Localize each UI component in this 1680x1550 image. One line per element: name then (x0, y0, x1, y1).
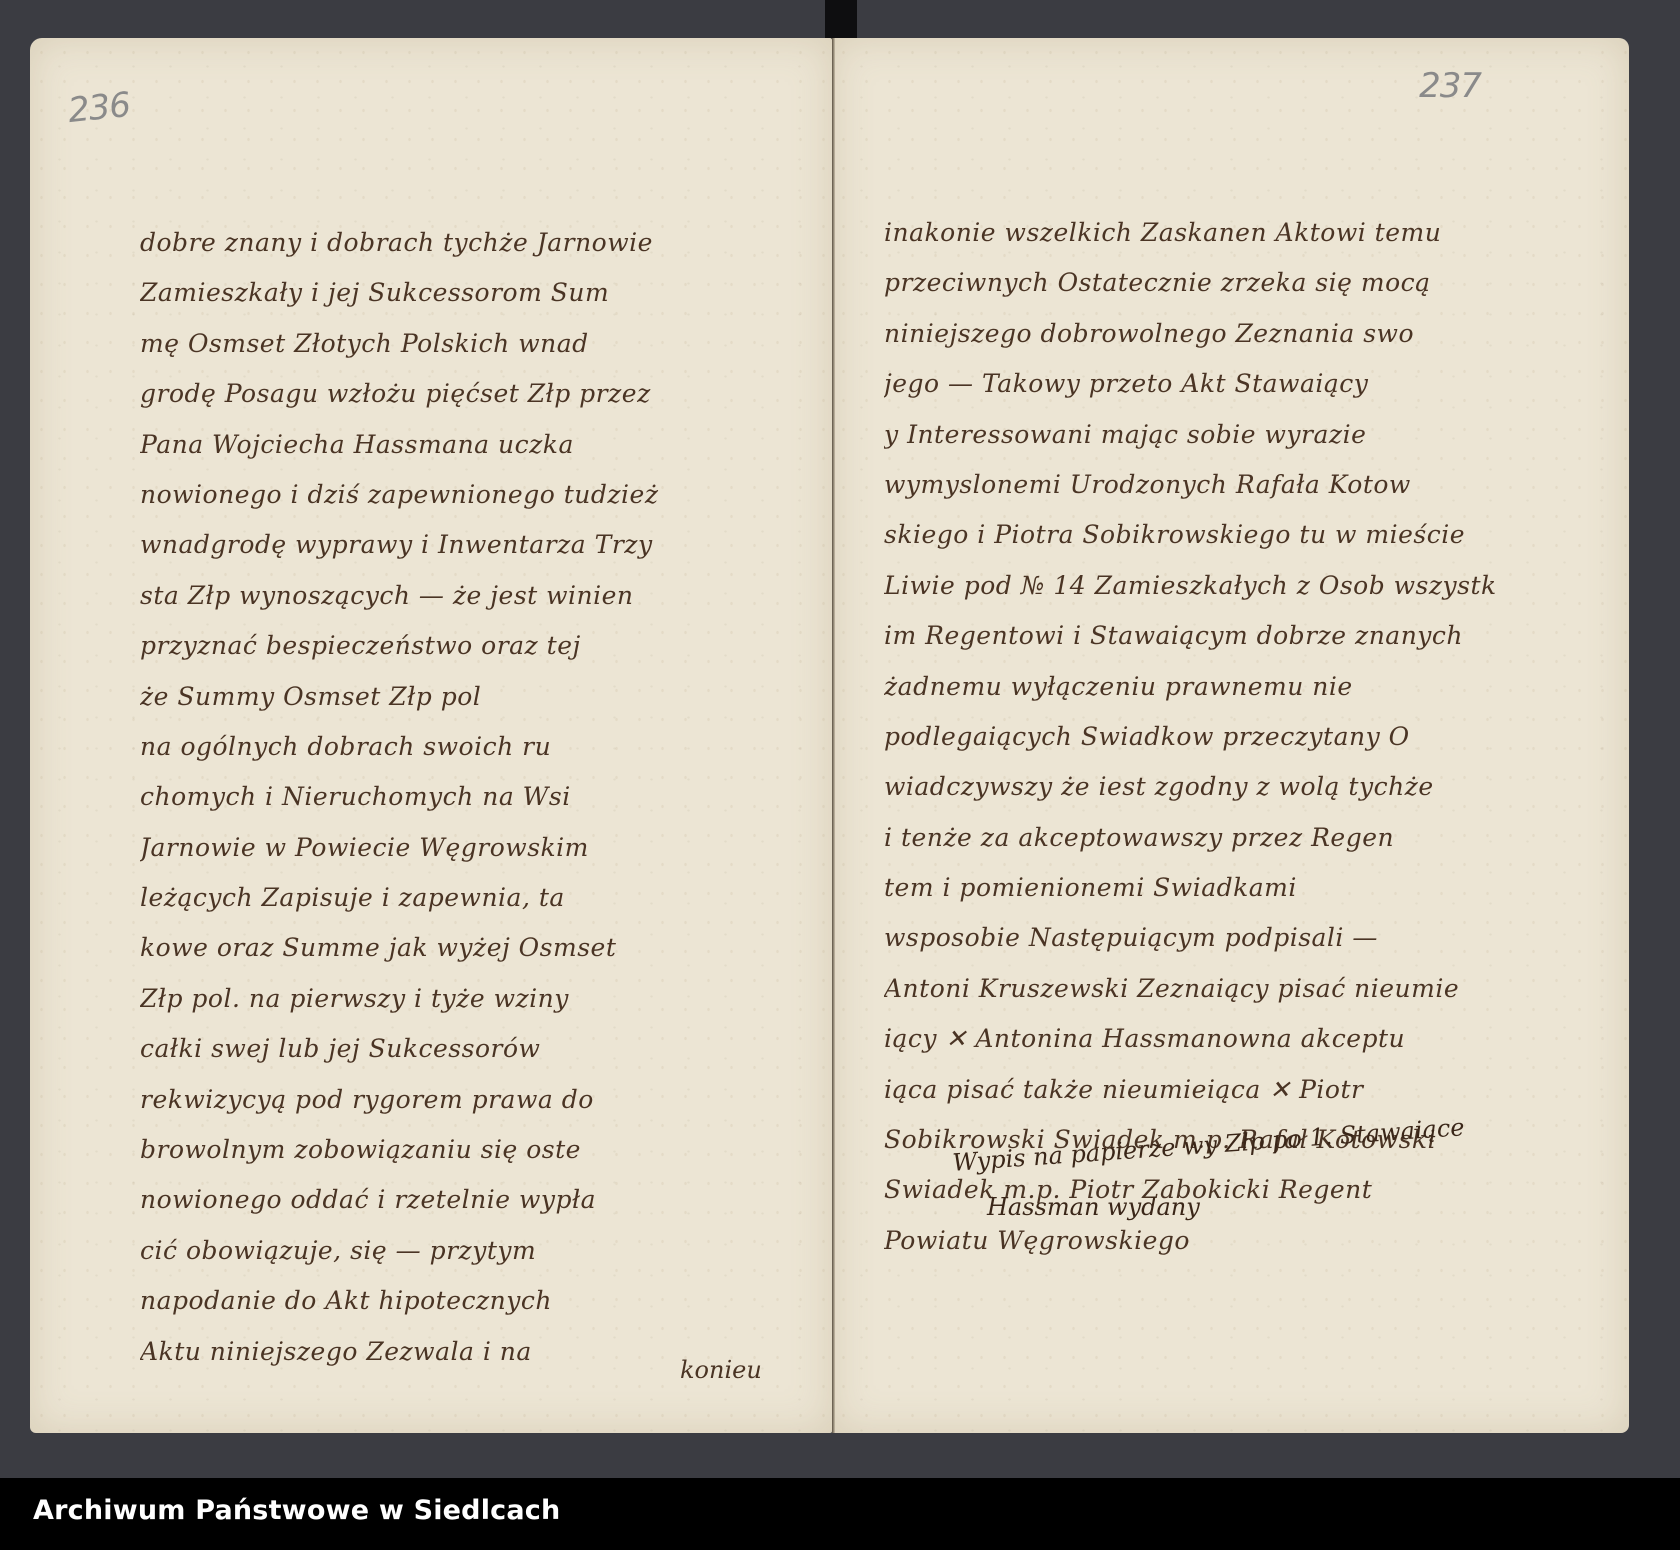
archive-footer-bar: Archiwum Państwowe w Siedlcach (0, 1478, 1680, 1550)
manuscript-line: przeciwnych Ostatecznie zrzeka się mocą (884, 258, 1584, 308)
manuscript-line: mę Osmset Złotych Polskich wnad (140, 319, 820, 369)
manuscript-line: podlegaiących Swiadkow przeczytany O (884, 712, 1584, 762)
manuscript-line: całki swej lub jej Sukcessorów (140, 1024, 820, 1074)
manuscript-line: im Regentowi i Stawaiącym dobrze znanych (884, 611, 1584, 661)
manuscript-line: wiadczywszy że iest zgodny z wolą tychże (884, 762, 1584, 812)
manuscript-line: rekwizycyą pod rygorem prawa do (140, 1075, 820, 1125)
left-page-text: dobre znany i dobrach tychże Jarnowie Za… (140, 218, 820, 1377)
left-page: 236 dobre znany i dobrach tychże Jarnowi… (30, 38, 832, 1433)
manuscript-line: Antoni Kruszewski Zeznaiący pisać nieumi… (884, 964, 1584, 1014)
catchword: konieu (680, 1356, 762, 1384)
manuscript-line: leżących Zapisuje i zapewnia, ta (140, 873, 820, 923)
manuscript-line: żadnemu wyłączeniu prawnemu nie (884, 662, 1584, 712)
manuscript-line: chomych i Nieruchomych na Wsi (140, 772, 820, 822)
archive-name: Archiwum Państwowe w Siedlcach (33, 1495, 560, 1526)
manuscript-line: wsposobie Następuiącym podpisali — (884, 913, 1584, 963)
manuscript-line: i tenże za akceptowawszy przez Regen (884, 813, 1584, 863)
manuscript-line: skiego i Piotra Sobikrowskiego tu w mieś… (884, 510, 1584, 560)
right-page: 237 inakonie wszelkich Zaskanen Aktowi t… (832, 38, 1629, 1433)
manuscript-line: przyznać bespieczeństwo oraz tej (140, 621, 820, 671)
folio-number-right: 237 (1419, 66, 1481, 106)
manuscript-line: wymyslonemi Urodzonych Rafała Kotow (884, 460, 1584, 510)
signature-line: Powiatu Węgrowskiego (884, 1216, 1584, 1266)
manuscript-line: cić obowiązuje, się — przytym (140, 1226, 820, 1276)
manuscript-line: tem i pomienionemi Swiadkami (884, 863, 1584, 913)
right-page-text: inakonie wszelkich Zaskanen Aktowi temu … (884, 208, 1584, 1266)
manuscript-line: sta Złp wynoszących — że jest winien (140, 571, 820, 621)
manuscript-line: browolnym zobowiązaniu się oste (140, 1125, 820, 1175)
manuscript-line: że Summy Osmset Złp pol (140, 672, 820, 722)
manuscript-line: niniejszego dobrowolnego Zeznania swo (884, 309, 1584, 359)
manuscript-line: y Interessowani mając sobie wyrazie (884, 410, 1584, 460)
manuscript-line: iąca pisać także nieumieiąca ✕ Piotr (884, 1065, 1584, 1115)
manuscript-line: na ogólnych dobrach swoich ru (140, 722, 820, 772)
manuscript-line: Zamieszkały i jej Sukcessorom Sum (140, 268, 820, 318)
copy-annotation-line-2: Hassman wydany (987, 1193, 1200, 1221)
manuscript-line: grodę Posagu wzłożu pięćset Złp przez (140, 369, 820, 419)
manuscript-line: dobre znany i dobrach tychże Jarnowie (140, 218, 820, 268)
manuscript-line: nowionego oddać i rzetelnie wypła (140, 1175, 820, 1225)
manuscript-line: inakonie wszelkich Zaskanen Aktowi temu (884, 208, 1584, 258)
manuscript-line: wnadgrodę wyprawy i Inwentarza Trzy (140, 520, 820, 570)
manuscript-line: kowe oraz Summe jak wyżej Osmset (140, 923, 820, 973)
manuscript-line: iący ✕ Antonina Hassmanowna akceptu (884, 1014, 1584, 1064)
manuscript-line: nowionego i dziś zapewnionego tudzież (140, 470, 820, 520)
scan-background: 236 dobre znany i dobrach tychże Jarnowi… (0, 0, 1680, 1478)
manuscript-line: Liwie pod № 14 Zamieszkałych z Osob wszy… (884, 561, 1584, 611)
manuscript-line: napodanie do Akt hipotecznych (140, 1276, 820, 1326)
manuscript-line: Jarnowie w Powiecie Węgrowskim (140, 823, 820, 873)
manuscript-line: Złp pol. na pierwszy i tyże wziny (140, 974, 820, 1024)
folio-number-left: 236 (66, 85, 132, 131)
manuscript-line: jego — Takowy przeto Akt Stawaiący (884, 359, 1584, 409)
manuscript-line: Pana Wojciecha Hassmana uczka (140, 420, 820, 470)
